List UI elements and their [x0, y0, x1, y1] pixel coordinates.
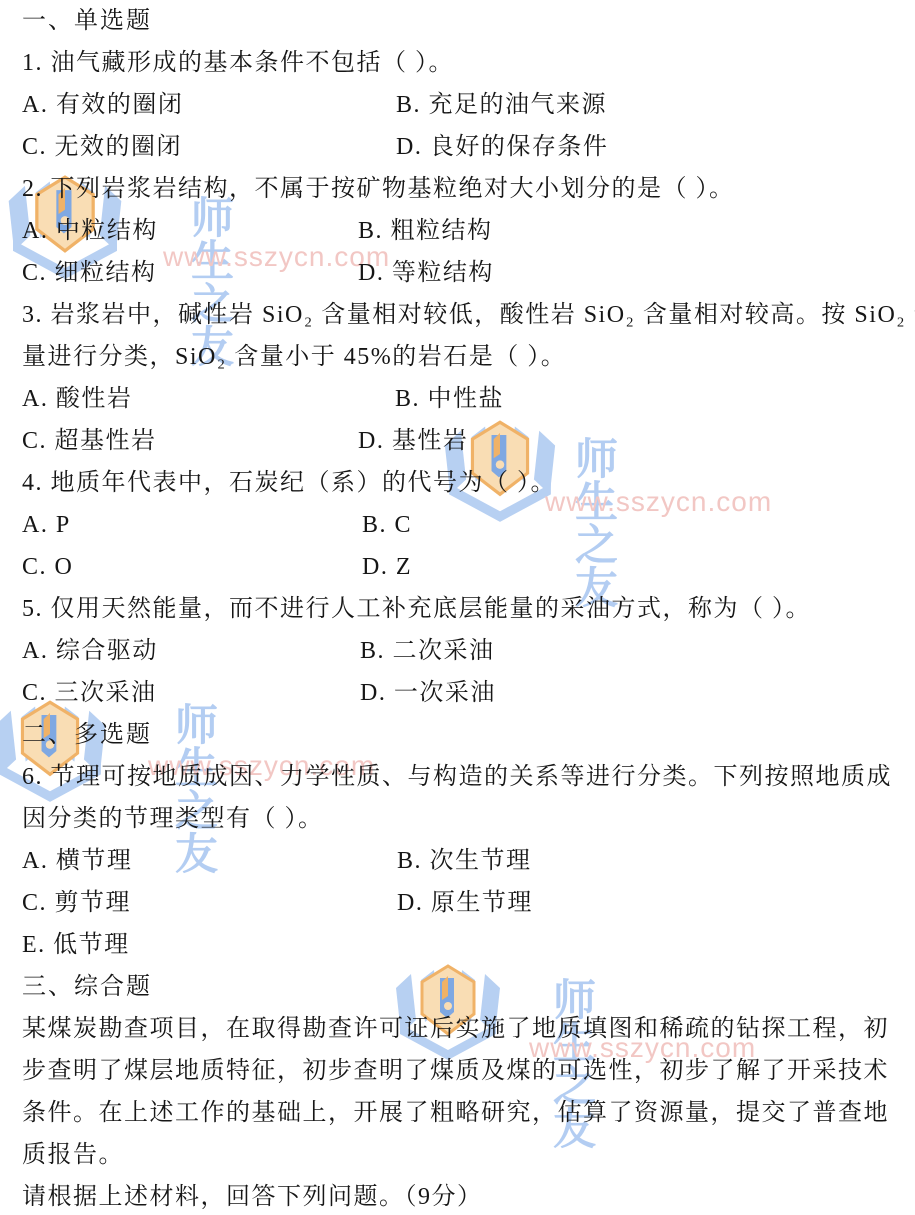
option-row: A. 横节理B. 次生节理	[0, 840, 915, 882]
option-row: C. OD. Z	[0, 546, 915, 588]
option-left: A. P	[22, 504, 71, 546]
option-row: C. 剪节理D. 原生节理	[0, 882, 915, 924]
option-right: D. 良好的保存条件	[396, 126, 608, 168]
option-row: A. 酸性岩B. 中性盐	[0, 378, 915, 420]
document-lines: 一、单选题1. 油气藏形成的基本条件不包括（ ）。A. 有效的圈闭B. 充足的油…	[0, 0, 915, 1215]
option-row: A. PB. C	[0, 504, 915, 546]
option-right: D. 等粒结构	[358, 252, 494, 294]
option-row: A. 综合驱动B. 二次采油	[0, 630, 915, 672]
question-line: 某煤炭勘查项目，在取得勘查许可证后实施了地质填图和稀疏的钻探工程，初	[0, 1008, 915, 1050]
question-line: 4. 地质年代表中，石炭纪（系）的代号为（ ）。	[0, 462, 915, 504]
question-line: 2. 下列岩浆岩结构，不属于按矿物基粒绝对大小划分的是（ ）。	[0, 168, 915, 210]
section-heading: 三、综合题	[0, 966, 915, 1008]
question-line: 6. 节理可按地质成因、力学性质、与构造的关系等进行分类。下列按照地质成	[0, 756, 915, 798]
option-left: C. 剪节理	[22, 882, 131, 924]
option-left: C. 无效的圈闭	[22, 126, 182, 168]
option-row: A. 有效的圈闭B. 充足的油气来源	[0, 84, 915, 126]
option-left: C. 超基性岩	[22, 420, 157, 462]
question-line: 5. 仅用天然能量，而不进行人工补充底层能量的采油方式，称为（ ）。	[0, 588, 915, 630]
question-line: 条件。在上述工作的基础上，开展了粗略研究，估算了资源量，提交了普查地	[0, 1092, 915, 1134]
option-left: A. 横节理	[22, 840, 132, 882]
option-right: B. 粗粒结构	[358, 210, 493, 252]
question-line: 3. 岩浆岩中，碱性岩 SiO₂ 含量相对较低，酸性岩 SiO₂ 含量相对较高。…	[0, 294, 915, 336]
option-right: B. 充足的油气来源	[396, 84, 607, 126]
option-row: A. 中粒结构B. 粗粒结构	[0, 210, 915, 252]
question-line: 步查明了煤层地质特征，初步查明了煤质及煤的可选性，初步了解了开采技术	[0, 1050, 915, 1092]
option-left: C. O	[22, 546, 73, 588]
option-row: C. 细粒结构D. 等粒结构	[0, 252, 915, 294]
option-row: C. 无效的圈闭D. 良好的保存条件	[0, 126, 915, 168]
option-right: B. 二次采油	[360, 630, 495, 672]
option-left: A. 酸性岩	[22, 378, 132, 420]
option-left: A. 中粒结构	[22, 210, 158, 252]
option-right: B. 中性盐	[395, 378, 504, 420]
option-left: E. 低节理	[22, 924, 130, 966]
option-right: D. 基性岩	[358, 420, 468, 462]
option-row: C. 三次采油D. 一次采油	[0, 672, 915, 714]
question-line: 1. 油气藏形成的基本条件不包括（ ）。	[0, 42, 915, 84]
option-right: D. Z	[362, 546, 412, 588]
option-left: C. 细粒结构	[22, 252, 157, 294]
question-line: 量进行分类，SiO₂ 含量小于 45%的岩石是（ ）。	[0, 336, 915, 378]
option-right: D. 原生节理	[397, 882, 533, 924]
section-heading: 一、单选题	[0, 0, 915, 42]
question-line: 请根据上述材料，回答下列问题。（9分）	[0, 1176, 915, 1215]
question-line: 质报告。	[0, 1134, 915, 1176]
option-right: B. C	[362, 504, 412, 546]
option-right: B. 次生节理	[397, 840, 532, 882]
option-row: C. 超基性岩D. 基性岩	[0, 420, 915, 462]
section-heading: 二、多选题	[0, 714, 915, 756]
option-left: A. 综合驱动	[22, 630, 158, 672]
option-left: C. 三次采油	[22, 672, 157, 714]
exam-page: { "page": { "background": "#ffffff", "te…	[0, 0, 915, 1215]
option-left: A. 有效的圈闭	[22, 84, 183, 126]
option-right: D. 一次采油	[360, 672, 496, 714]
option-row: E. 低节理	[0, 924, 915, 966]
question-line: 因分类的节理类型有（ ）。	[0, 798, 915, 840]
